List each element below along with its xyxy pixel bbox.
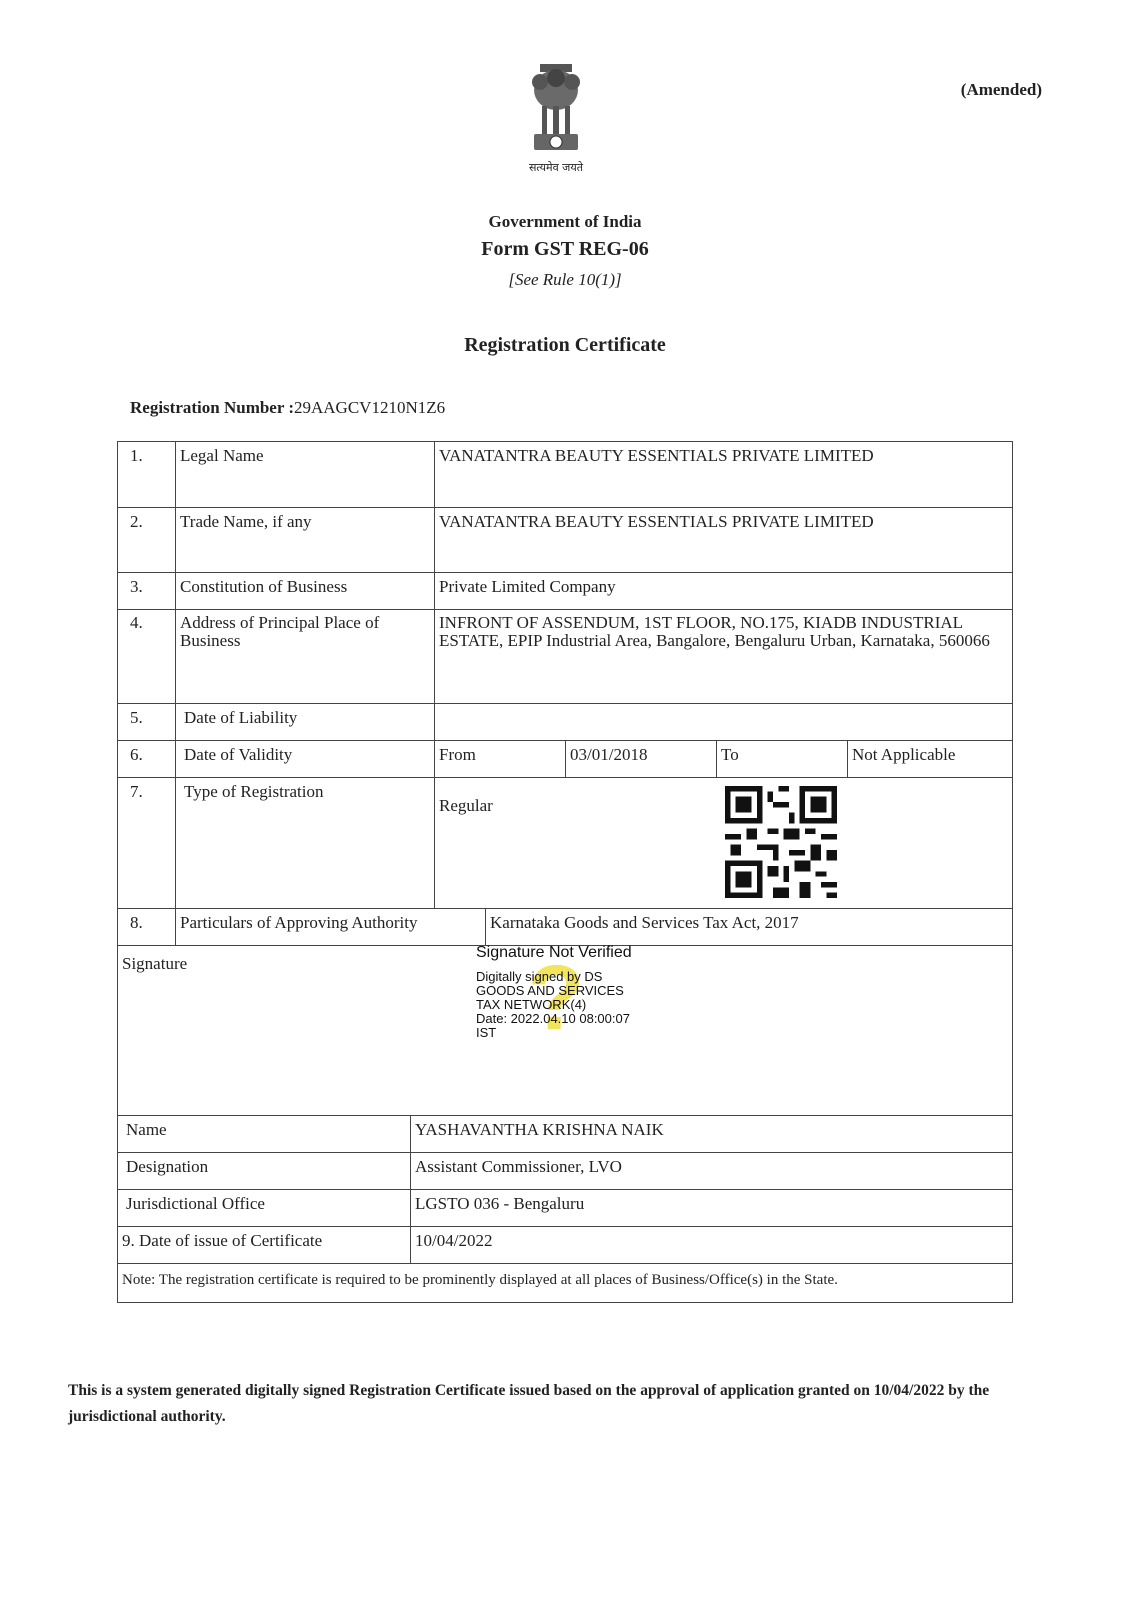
row-label: Legal Name bbox=[176, 442, 435, 507]
row-value-container: Regular bbox=[435, 778, 1012, 908]
row-number: 5. bbox=[118, 704, 176, 740]
validity-to-value: Not Applicable bbox=[848, 741, 1012, 777]
signature-line: GOODS AND SERVICES bbox=[476, 984, 632, 998]
form-heading: Form GST REG-06 bbox=[0, 238, 1130, 261]
amended-label: (Amended) bbox=[961, 80, 1042, 100]
signature-label: Signature bbox=[118, 946, 191, 1115]
row-value: VANATANTRA BEAUTY ESSENTIALS PRIVATE LIM… bbox=[435, 442, 1012, 507]
row-label: Type of Registration bbox=[176, 778, 435, 908]
signature-date: Date: 2022.04.10 08:00:07 bbox=[476, 1012, 632, 1026]
footer-statement: This is a system generated digitally sig… bbox=[68, 1378, 1068, 1430]
government-heading: Government of India bbox=[0, 212, 1130, 232]
table-row: 6. Date of Validity From 03/01/2018 To N… bbox=[118, 741, 1012, 778]
name-value: YASHAVANTHA KRISHNA NAIK bbox=[411, 1116, 1012, 1152]
row-label: Address of Principal Place of Business bbox=[176, 610, 435, 703]
certificate-table: 1. Legal Name VANATANTRA BEAUTY ESSENTIA… bbox=[117, 441, 1013, 1303]
table-row: 5. Date of Liability bbox=[118, 704, 1012, 741]
row-number: 7. bbox=[118, 778, 176, 908]
row-value: INFRONT OF ASSENDUM, 1ST FLOOR, NO.175, … bbox=[435, 610, 1012, 703]
row-value: Karnataka Goods and Services Tax Act, 20… bbox=[486, 909, 1012, 945]
designation-label: Designation bbox=[118, 1153, 411, 1189]
issue-date-label: 9. Date of issue of Certificate bbox=[118, 1227, 411, 1263]
table-row: 8. Particulars of Approving Authority Ka… bbox=[118, 909, 1012, 946]
row-number: 3. bbox=[118, 573, 176, 609]
row-label: Date of Validity bbox=[176, 741, 435, 777]
office-label: Jurisdictional Office bbox=[118, 1190, 411, 1226]
designation-value: Assistant Commissioner, LVO bbox=[411, 1153, 1012, 1189]
table-row: Note: The registration certificate is re… bbox=[118, 1264, 1012, 1302]
validity-from-value: 03/01/2018 bbox=[566, 741, 717, 777]
certificate-title: Registration Certificate bbox=[0, 334, 1130, 357]
row-label: Date of Liability bbox=[176, 704, 435, 740]
emblem-icon bbox=[526, 60, 586, 158]
table-row: 1. Legal Name VANATANTRA BEAUTY ESSENTIA… bbox=[118, 442, 1012, 508]
row-value: VANATANTRA BEAUTY ESSENTIALS PRIVATE LIM… bbox=[435, 508, 1012, 572]
issue-date-value: 10/04/2022 bbox=[411, 1227, 1012, 1263]
qr-code-icon bbox=[725, 786, 837, 898]
digital-signature: Signature Not Verified Digitally signed … bbox=[476, 944, 632, 1040]
table-row: 9. Date of issue of Certificate 10/04/20… bbox=[118, 1227, 1012, 1264]
validity-from-label: From bbox=[435, 741, 566, 777]
row-number: 6. bbox=[118, 741, 176, 777]
table-row: 4. Address of Principal Place of Busines… bbox=[118, 610, 1012, 704]
row-number: 4. bbox=[118, 610, 176, 703]
validity-to-label: To bbox=[717, 741, 848, 777]
table-row: Jurisdictional Office LGSTO 036 - Bengal… bbox=[118, 1190, 1012, 1227]
rule-reference: [See Rule 10(1)] bbox=[0, 270, 1130, 290]
row-number: 8. bbox=[118, 909, 176, 945]
row-number: 1. bbox=[118, 442, 176, 507]
signature-line: Digitally signed by DS bbox=[476, 970, 632, 984]
emblem-motto: सत्यमेव जयते bbox=[520, 160, 592, 175]
table-row: 3. Constitution of Business Private Limi… bbox=[118, 573, 1012, 610]
national-emblem: सत्यमेव जयते bbox=[520, 60, 592, 180]
display-note: Note: The registration certificate is re… bbox=[118, 1264, 1012, 1302]
signature-block: Signature ? Signature Not Verified Digit… bbox=[118, 946, 1012, 1116]
row-label: Trade Name, if any bbox=[176, 508, 435, 572]
signature-status: Signature Not Verified bbox=[476, 944, 632, 962]
registration-number-value: 29AAGCV1210N1Z6 bbox=[294, 398, 445, 417]
row-value: Regular bbox=[439, 796, 1008, 816]
name-label: Name bbox=[118, 1116, 411, 1152]
row-label: Particulars of Approving Authority bbox=[176, 909, 486, 945]
registration-number-label: Registration Number : bbox=[130, 398, 294, 417]
row-label: Constitution of Business bbox=[176, 573, 435, 609]
row-value: Private Limited Company bbox=[435, 573, 1012, 609]
row-number: 2. bbox=[118, 508, 176, 572]
signature-line: IST bbox=[476, 1026, 632, 1040]
table-row: Name YASHAVANTHA KRISHNA NAIK bbox=[118, 1116, 1012, 1153]
table-row: 7. Type of Registration Regular bbox=[118, 778, 1012, 909]
office-value: LGSTO 036 - Bengaluru bbox=[411, 1190, 1012, 1226]
table-row: Designation Assistant Commissioner, LVO bbox=[118, 1153, 1012, 1190]
registration-number: Registration Number :29AAGCV1210N1Z6 bbox=[130, 398, 445, 418]
row-value bbox=[435, 704, 1012, 740]
table-row: 2. Trade Name, if any VANATANTRA BEAUTY … bbox=[118, 508, 1012, 573]
signature-line: TAX NETWORK(4) bbox=[476, 998, 632, 1012]
